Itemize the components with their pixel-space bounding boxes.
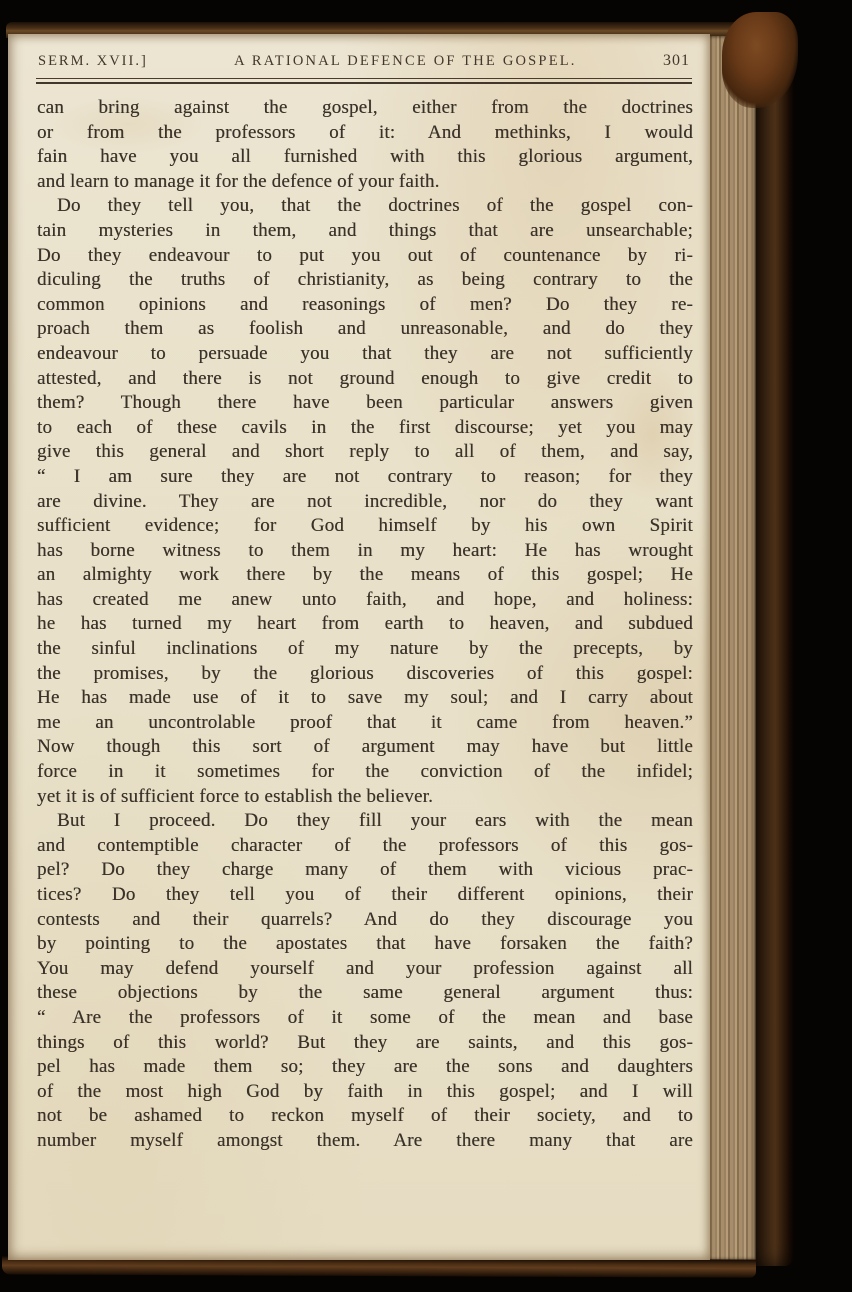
text-line: the sinful inclinations of my nature by … — [37, 637, 693, 662]
text-line: by pointing to the apostates that have f… — [37, 932, 693, 957]
text-line: and contemptible character of the profes… — [37, 834, 693, 859]
text-line: sufficient evidence; for God himself by … — [37, 514, 693, 539]
text-line: proach them as foolish and unreasonable,… — [37, 317, 693, 342]
running-header: SERM. XVII.] A RATIONAL DEFENCE OF THE G… — [38, 52, 690, 70]
book-scan: SERM. XVII.] A RATIONAL DEFENCE OF THE G… — [0, 0, 852, 1292]
text-line: pel has made them so; they are the sons … — [37, 1055, 693, 1080]
text-line: He has made use of it to save my soul; a… — [37, 686, 693, 711]
text-line: and learn to manage it for the defence o… — [37, 170, 693, 195]
text-line: has borne witness to them in my heart: H… — [37, 539, 693, 564]
text-line: “ Are the professors of it some of the m… — [37, 1006, 693, 1031]
text-line: an almighty work there by the means of t… — [37, 563, 693, 588]
text-line: yet it is of sufficient force to establi… — [37, 785, 693, 810]
text-line: contests and their quarrels? And do they… — [37, 908, 693, 933]
text-line: or from the professors of it: And methin… — [37, 121, 693, 146]
text-line: give this general and short reply to all… — [37, 440, 693, 465]
text-line: Do they endeavour to put you out of coun… — [37, 244, 693, 269]
text-line: the promises, by the glorious discoverie… — [37, 662, 693, 687]
text-line: “ I am sure they are not contrary to rea… — [37, 465, 693, 490]
text-line: diculing the truths of christianity, as … — [37, 268, 693, 293]
text-line: Do they tell you, that the doctrines of … — [37, 194, 693, 219]
text-line: he has turned my heart from earth to hea… — [37, 612, 693, 637]
text-line: tices? Do they tell you of their differe… — [37, 883, 693, 908]
text-line: to each of these cavils in the first dis… — [37, 416, 693, 441]
text-line: tain mysteries in them, and things that … — [37, 219, 693, 244]
page-number: 301 — [663, 52, 690, 70]
text-line: things of this world? But they are saint… — [37, 1031, 693, 1056]
text-line: pel? Do they charge many of them with vi… — [37, 858, 693, 883]
text-line: them? Though there have been particular … — [37, 391, 693, 416]
header-sermon-number: SERM. XVII.] — [38, 53, 148, 70]
text-line: not be ashamed to reckon myself of their… — [37, 1104, 693, 1129]
book-fore-edge-pages — [706, 36, 756, 1260]
text-line: endeavour to persuade you that they are … — [37, 342, 693, 367]
header-rule — [36, 78, 692, 84]
text-line: can bring against the gospel, either fro… — [37, 96, 693, 121]
text-line: Now though this sort of argument may hav… — [37, 735, 693, 760]
book-cover-right-edge — [752, 26, 794, 1266]
page-text: can bring against the gospel, either fro… — [37, 96, 693, 1154]
text-line: force in it sometimes for the conviction… — [37, 760, 693, 785]
text-line: me an uncontrolable proof that it came f… — [37, 711, 693, 736]
text-line: number myself amongst them. Are there ma… — [37, 1129, 693, 1154]
header-title: A RATIONAL DEFENCE OF THE GOSPEL. — [234, 53, 576, 70]
text-line: attested, and there is not ground enough… — [37, 367, 693, 392]
text-line: of the most high God by faith in this go… — [37, 1080, 693, 1105]
text-line: are divine. They are not incredible, nor… — [37, 490, 693, 515]
text-line: has created me anew unto faith, and hope… — [37, 588, 693, 613]
text-line: But I proceed. Do they fill your ears wi… — [37, 809, 693, 834]
text-line: You may defend yourself and your profess… — [37, 957, 693, 982]
text-line: these objections by the same general arg… — [37, 981, 693, 1006]
text-line: common opinions and reasonings of men? D… — [37, 293, 693, 318]
text-line: fain have you all furnished with this gl… — [37, 145, 693, 170]
